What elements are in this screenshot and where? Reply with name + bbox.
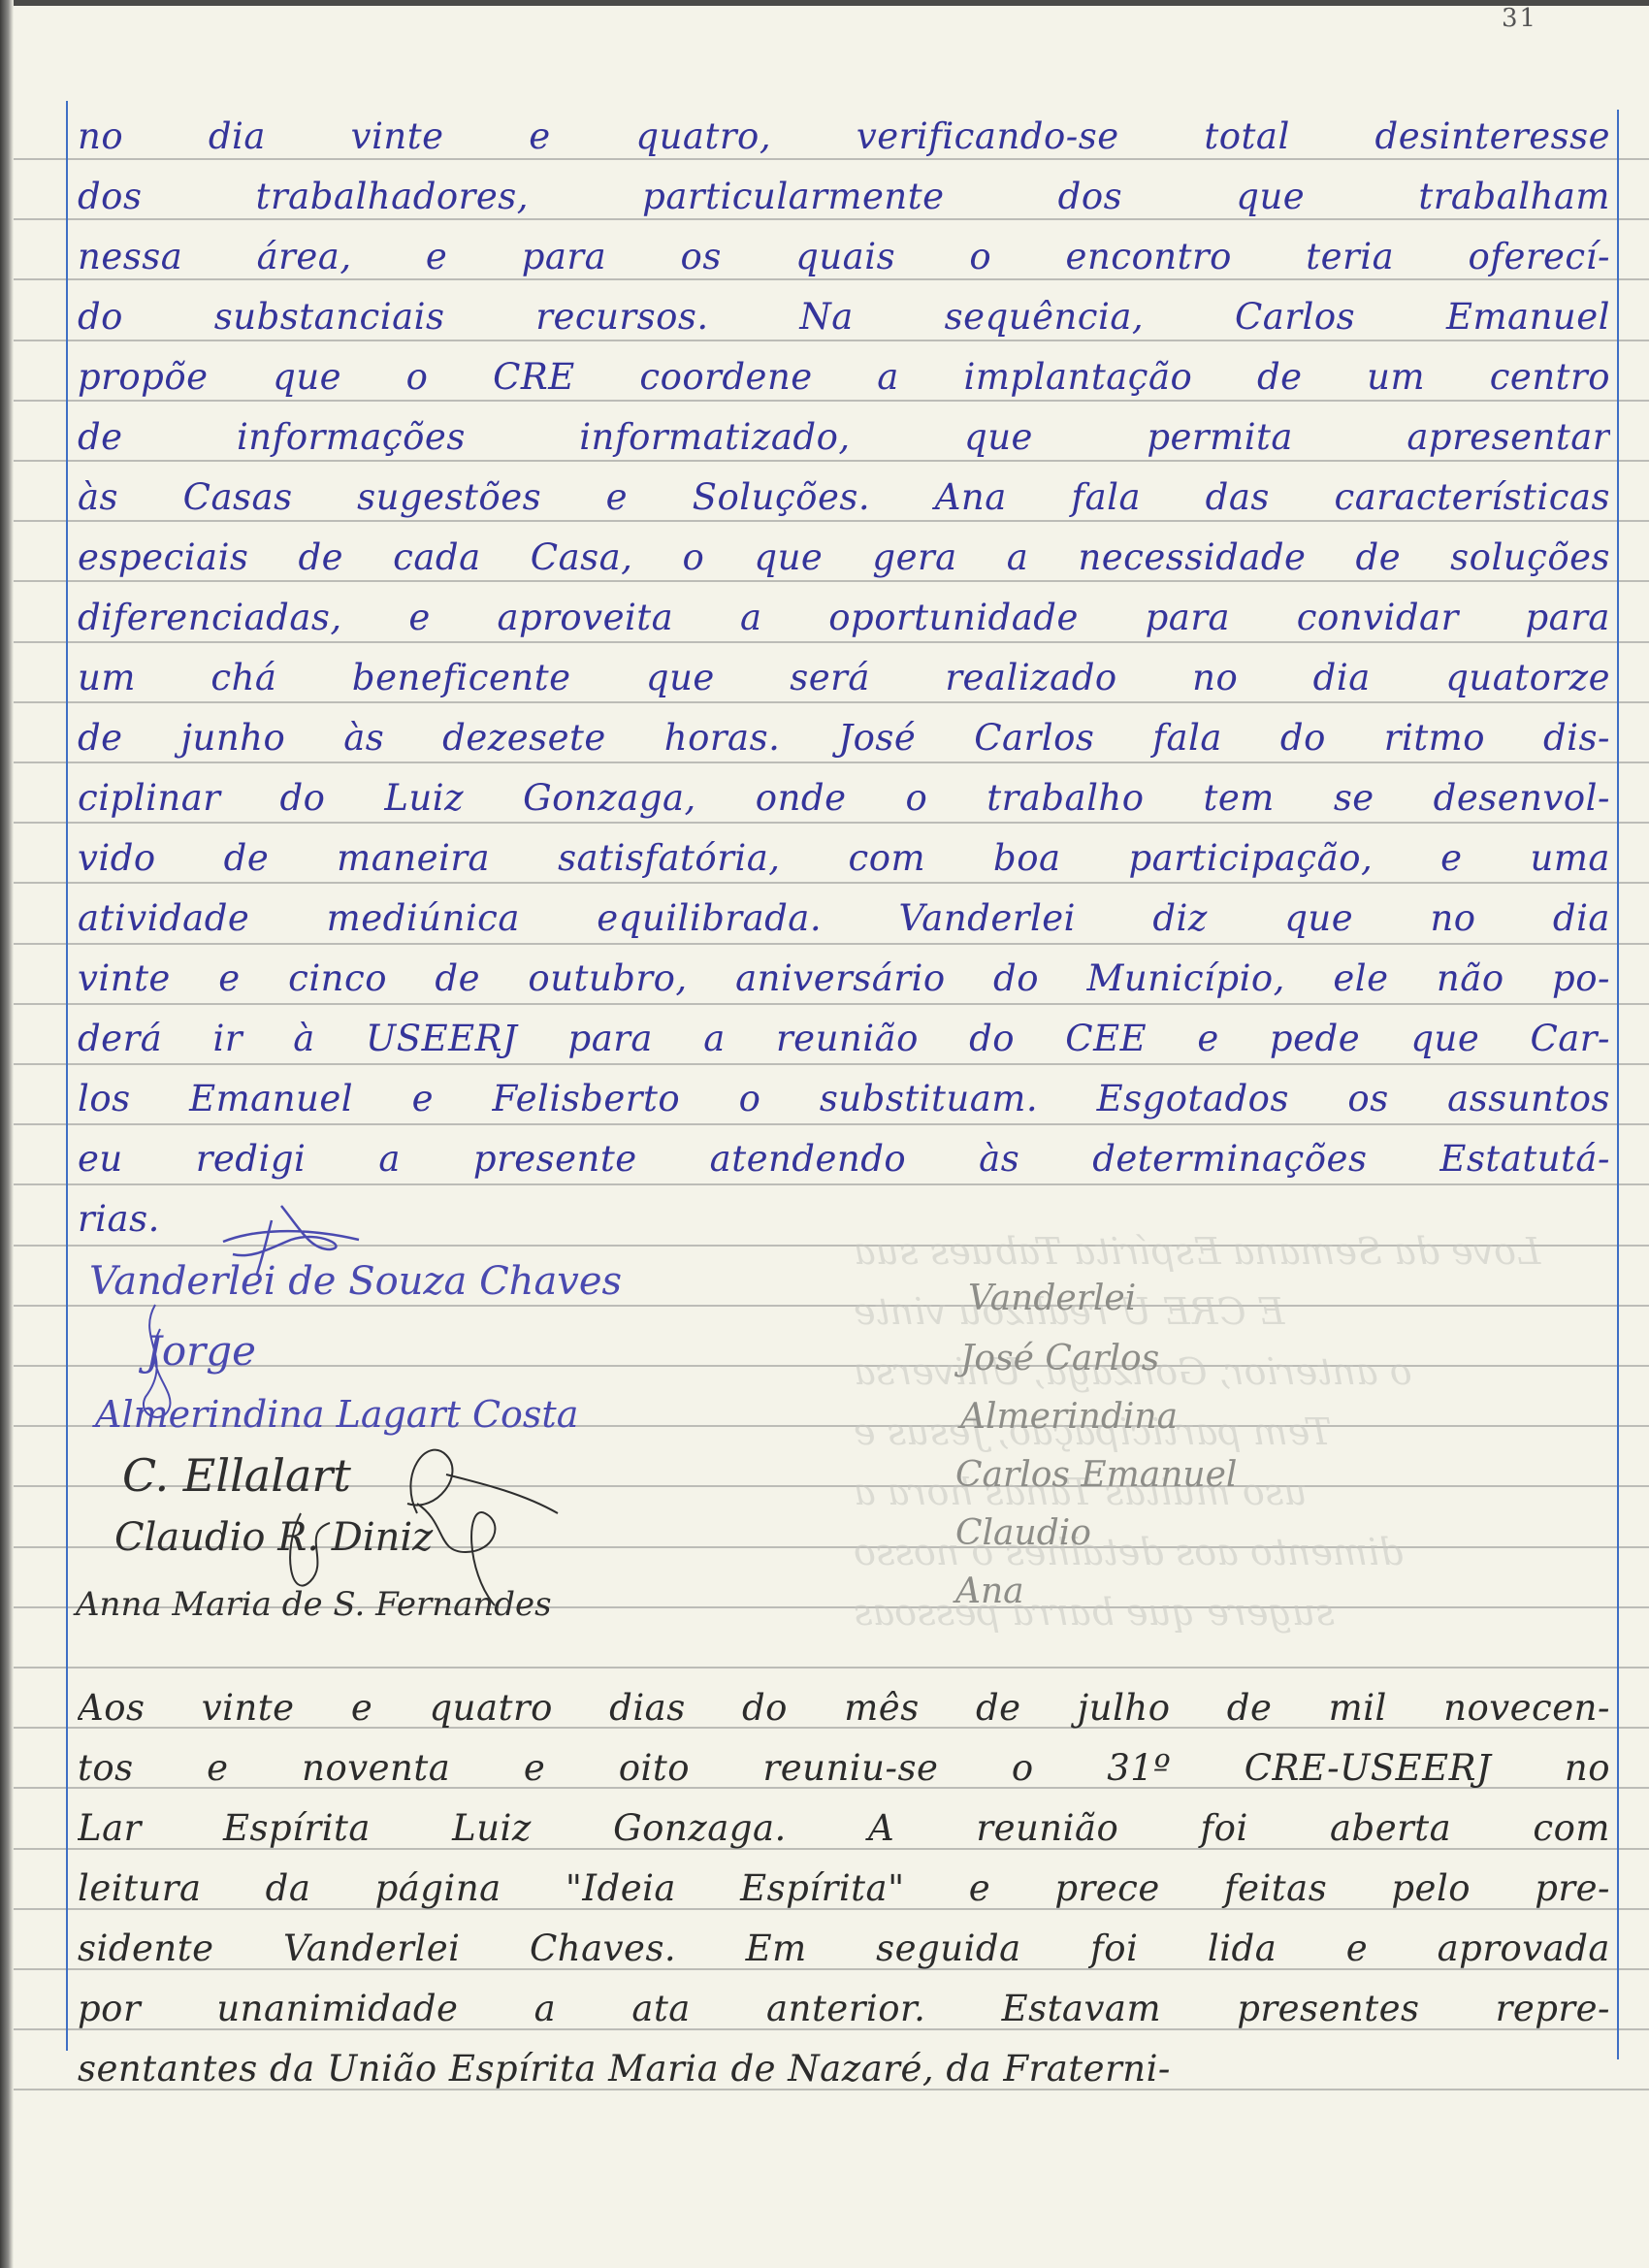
pencil-name-ana: Ana bbox=[955, 1571, 1024, 1611]
handwritten-line: às Casas sugestões e Soluções. Ana fala … bbox=[78, 468, 1610, 528]
handwritten-line: diferenciadas, e aproveita a oportunidad… bbox=[78, 588, 1610, 648]
pencil-name-vanderlei: Vanderlei bbox=[968, 1279, 1136, 1318]
handwritten-line: los Emanuel e Felisberto o substituam. E… bbox=[78, 1069, 1610, 1129]
show-through-text: dimento aos detalhes o nosso bbox=[854, 1531, 1403, 1573]
handwritten-line: do substanciais recursos. Na sequência, … bbox=[78, 287, 1610, 347]
handwritten-line: Lar Espírita Luiz Gonzaga. A reunião foi… bbox=[78, 1798, 1610, 1859]
scan-border-top bbox=[0, 0, 1649, 6]
minutes-entry-continuation: no dia vinte e quatro, verificando-se to… bbox=[78, 107, 1610, 1249]
page-number: 31 bbox=[1502, 4, 1537, 33]
handwritten-line: sidente Vanderlei Chaves. Em seguida foi… bbox=[78, 1919, 1610, 1979]
handwritten-line: sentantes da União Espírita Maria de Naz… bbox=[78, 2039, 1610, 2099]
scan-binding-shadow bbox=[0, 0, 14, 2268]
handwritten-line: vido de maneira satisfatória, com boa pa… bbox=[78, 828, 1610, 889]
handwritten-line: ciplinar do Luiz Gonzaga, onde o trabalh… bbox=[78, 768, 1610, 828]
handwritten-line: um chá beneficente que será realizado no… bbox=[78, 648, 1610, 708]
handwritten-line: nessa área, e para os quais o encontro t… bbox=[78, 227, 1610, 287]
handwritten-line: de junho às dezesete horas. José Carlos … bbox=[78, 708, 1610, 768]
ruled-line bbox=[14, 1305, 1649, 1307]
handwritten-line: eu redigi a presente atendendo às determ… bbox=[78, 1129, 1610, 1189]
signature-vanderlei: Vanderlei de Souza Chaves bbox=[89, 1259, 622, 1304]
signature-almerindina: Almerindina Lagart Costa bbox=[95, 1393, 578, 1436]
minutes-entry-new: Aos vinte e quatro dias do mês de julho … bbox=[78, 1678, 1610, 2099]
pencil-name-carlos-emanuel: Carlos Emanuel bbox=[955, 1455, 1237, 1495]
pencil-name-jose-carlos: José Carlos bbox=[960, 1339, 1159, 1378]
show-through-text: sugere que barra pessoas bbox=[854, 1591, 1335, 1634]
handwritten-line: especiais de cada Casa, o que gera a nec… bbox=[78, 528, 1610, 588]
signature-jorge: Jorge bbox=[145, 1327, 256, 1375]
handwritten-line: Aos vinte e quatro dias do mês de julho … bbox=[78, 1678, 1610, 1738]
handwritten-line: atividade mediúnica equilibrada. Vanderl… bbox=[78, 889, 1610, 949]
signature-anna-maria: Anna Maria de S. Fernandes bbox=[76, 1585, 552, 1624]
pencil-name-claudio: Claudio bbox=[955, 1513, 1091, 1553]
handwritten-line: dos trabalhadores, particularmente dos q… bbox=[78, 167, 1610, 227]
pencil-name-almerindina: Almerindina bbox=[960, 1397, 1178, 1437]
left-margin-line bbox=[66, 101, 68, 2051]
handwritten-line: tos e noventa e oito reuniu-se o 31º CRE… bbox=[78, 1738, 1610, 1798]
handwritten-line: derá ir à USEERJ para a reunião do CEE e… bbox=[78, 1009, 1610, 1069]
handwritten-line: vinte e cinco de outubro, aniversário do… bbox=[78, 949, 1610, 1009]
handwritten-line: por unanimidade a ata anterior. Estavam … bbox=[78, 1979, 1610, 2039]
handwritten-line: no dia vinte e quatro, verificando-se to… bbox=[78, 107, 1610, 167]
right-margin-line bbox=[1617, 110, 1619, 2059]
handwritten-line: propõe que o CRE coordene a implantação … bbox=[78, 347, 1610, 407]
handwritten-line: leitura da página "Ideia Espírita" e pre… bbox=[78, 1859, 1610, 1919]
handwritten-line: de informações informatizado, que permit… bbox=[78, 407, 1610, 468]
ruled-line bbox=[14, 1667, 1649, 1669]
